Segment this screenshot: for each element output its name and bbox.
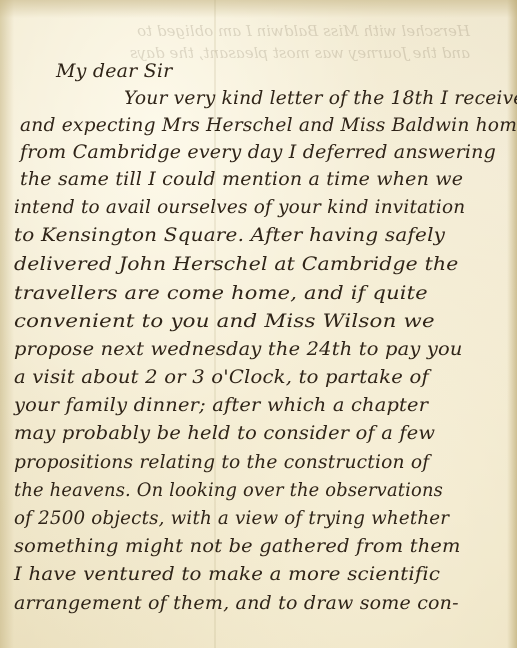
letter-greeting: My dear Sir (56, 60, 172, 82)
letter-line-8: travellers are come home, and if quite (14, 282, 428, 304)
letter-line-10: propose next wednesday the 24th to pay y… (14, 338, 463, 360)
letter-line-18: I have ventured to make a more scientifi… (14, 563, 440, 585)
letter-page: Herschel with Miss Baldwin I am obliged … (0, 0, 517, 648)
letter-line-12: your family dinner; after which a chapte… (14, 394, 428, 416)
letter-line-17: something might not be gathered from the… (14, 535, 461, 557)
letter-line-13: may probably be held to consider of a fe… (14, 422, 435, 444)
letter-line-16: of 2500 objects, with a view of trying w… (14, 507, 449, 529)
letter-line-6: to Kensington Square. After having safel… (14, 224, 445, 246)
letter-line-1: Your very kind letter of the 18th I rece… (124, 87, 517, 109)
letter-line-4: the same till I could mention a time whe… (20, 168, 463, 190)
letter-line-3: from Cambridge every day I deferred answ… (20, 141, 496, 163)
letter-line-2: and expecting Mrs Herschel and Miss Bald… (20, 114, 517, 136)
letter-line-15: the heavens. On looking over the observa… (14, 479, 443, 501)
letter-line-19: arrangement of them, and to draw some co… (14, 592, 459, 614)
letter-line-14: propositions relating to the constructio… (14, 451, 429, 473)
letter-line-11: a visit about 2 or 3 o'Clock, to partake… (14, 366, 429, 388)
letter-body: My dear Sir Your very kind letter of the… (0, 0, 517, 648)
letter-line-9: convenient to you and Miss Wilson we (14, 310, 435, 332)
letter-line-7: delivered John Herschel at Cambridge the (14, 253, 459, 275)
letter-line-5: intend to avail ourselves of your kind i… (14, 196, 465, 218)
